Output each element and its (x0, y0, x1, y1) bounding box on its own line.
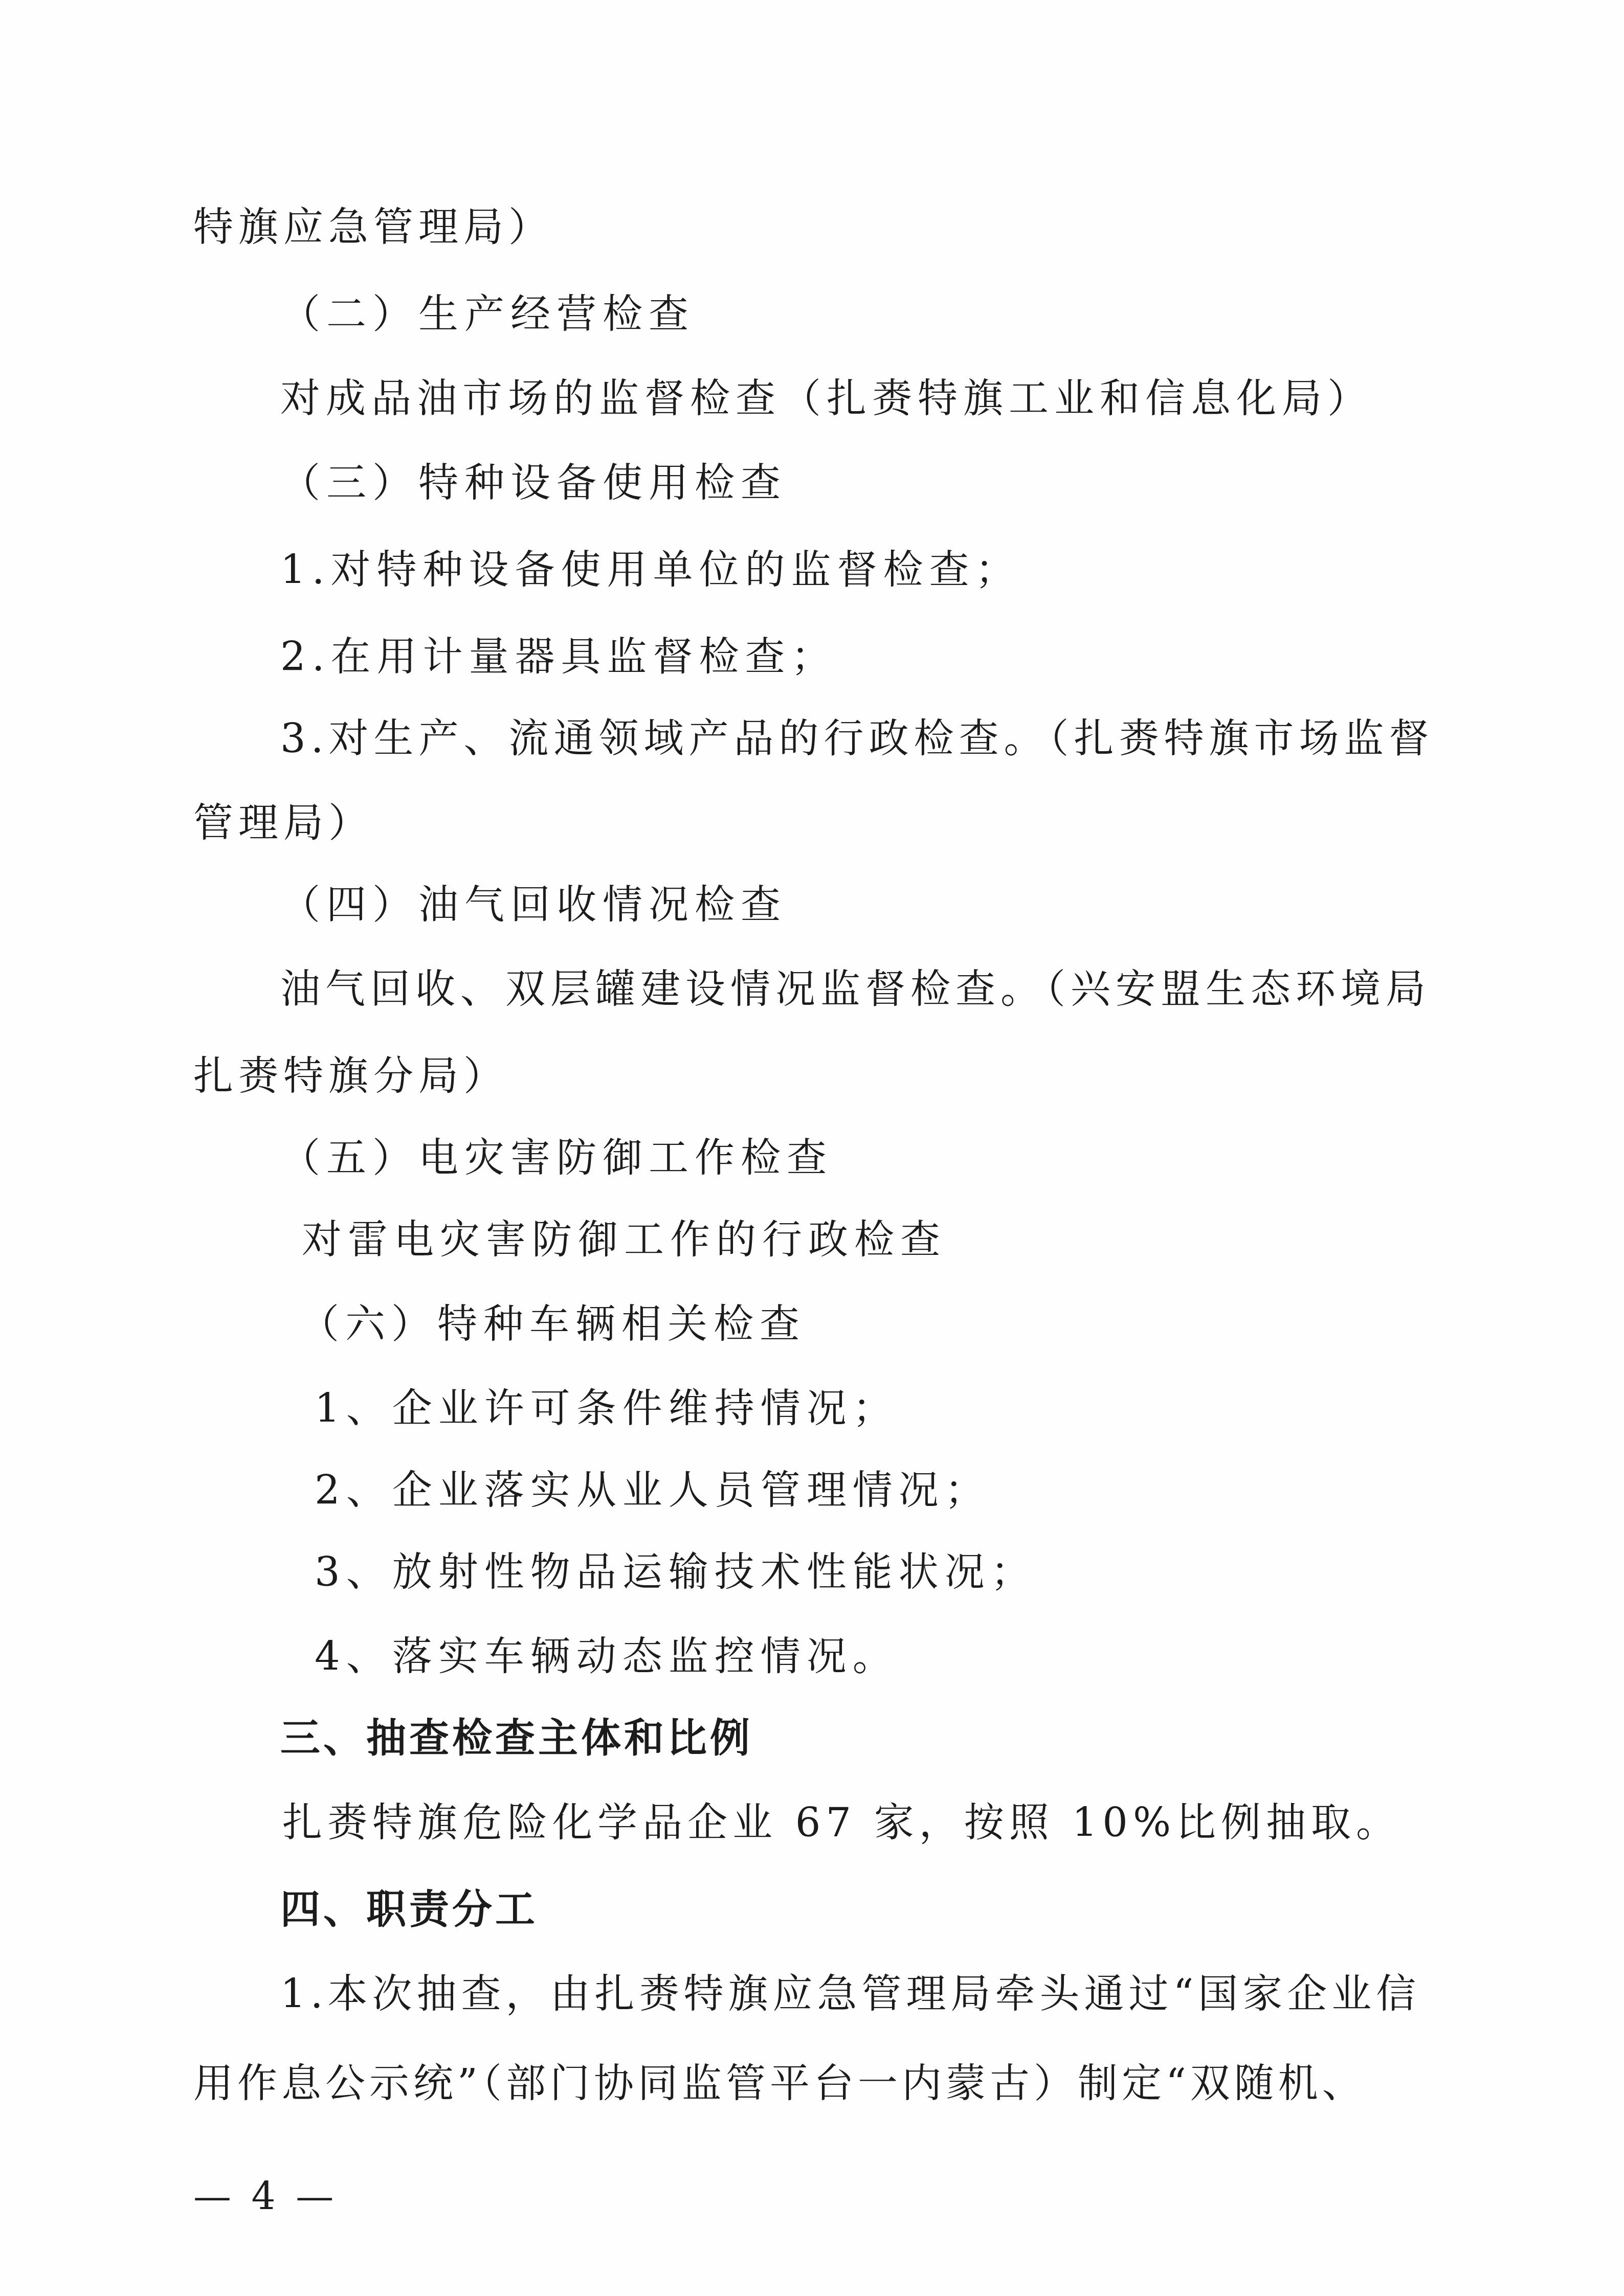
list-item-equipment-1: 1.对特种设备使用单位的监督检查； (280, 545, 1021, 596)
continuation-line: 管理局） (193, 798, 373, 849)
continuation-line: 用作息公示统”（部门协同监管平台一内蒙古）制定“双随机、 (193, 2058, 1366, 2109)
paragraph-sampling-ratio: 扎赉特旗危险化学品企业 67 家，按照 10%比例抽取。 (282, 1797, 1401, 1849)
paragraph-responsibilities-1: 1.本次抽查，由扎赉特旗应急管理局牵头通过“国家企业信 (280, 1969, 1420, 2020)
paragraph-vapor-recovery: 油气回收、双层罐建设情况监督检查。（兴安盟生态环境局 (280, 964, 1431, 1015)
page-number: — 4 — (193, 2171, 338, 2222)
paragraph-oil-market-inspection: 对成品油市场的监督检查（扎赉特旗工业和信息化局） (280, 373, 1373, 424)
continuation-line: 特旗应急管理局） (193, 202, 553, 253)
document-page: 特旗应急管理局） （二）生产经营检查 对成品油市场的监督检查（扎赉特旗工业和信息… (0, 0, 1624, 2296)
list-item-equipment-2: 2.在用计量器具监督检查； (280, 632, 837, 683)
list-item-vehicles-3: 3、放射性物品运输技术性能状况； (315, 1547, 1037, 1598)
list-item-equipment-3: 3.对生产、流通领域产品的行政检查。（扎赉特旗市场监督 (280, 713, 1434, 764)
list-item-vehicles-2: 2、企业落实从业人员管理情况； (315, 1465, 991, 1516)
subheading-vapor-recovery: （四）油气回收情况检查 (280, 880, 787, 931)
section-heading-responsibilities: 四、职责分工 (280, 1884, 538, 1935)
paragraph-lightning-inspection: 对雷电灾害防御工作的行政检查 (302, 1214, 946, 1266)
subheading-special-vehicles: （六）特种车辆相关检查 (299, 1299, 806, 1350)
section-heading-sampling-ratio: 三、抽查检查主体和比例 (280, 1713, 753, 1764)
subheading-production-operation: （二）生产经营检查 (280, 289, 695, 340)
subheading-disaster-prevention: （五）电灾害防御工作检查 (280, 1133, 833, 1184)
continuation-line: 扎赉特旗分局） (193, 1051, 508, 1102)
list-item-vehicles-1: 1、企业许可条件维持情况； (315, 1383, 899, 1434)
subheading-special-equipment: （三）特种设备使用检查 (280, 458, 787, 509)
list-item-vehicles-4: 4、落实车辆动态监控情况。 (315, 1631, 899, 1682)
